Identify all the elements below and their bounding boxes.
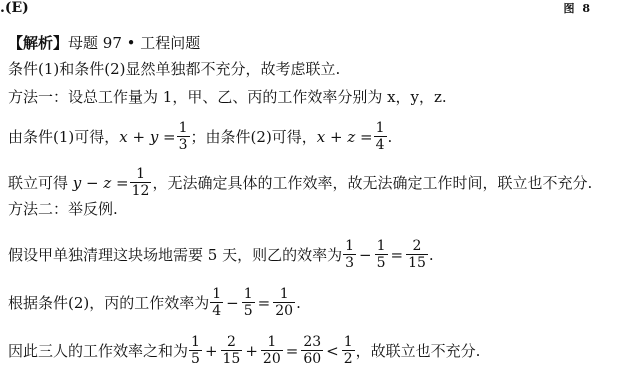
fraction: 120 xyxy=(261,334,283,367)
fraction: 15 xyxy=(189,334,202,367)
text: . xyxy=(296,294,301,312)
text: 由条件(1)可得， xyxy=(8,128,119,146)
denominator: 3 xyxy=(343,254,356,271)
figure-label: 图 8 xyxy=(564,0,592,16)
line-conditions: 条件(1)和条件(2)显然单独都不充分，故考虑联立. xyxy=(8,60,340,78)
numerator: 1 xyxy=(189,334,202,350)
text: 根据条件(2)，丙的工作效率为 xyxy=(8,294,209,312)
text: ，故联立也不充分. xyxy=(356,342,481,360)
denominator: 60 xyxy=(301,350,323,367)
text: ；由条件(2)可得， xyxy=(191,128,317,146)
fraction: 215 xyxy=(406,238,428,271)
analysis-heading: 【解析】 母题 97 • 工程问题 xyxy=(8,34,200,52)
denominator: 3 xyxy=(177,136,190,153)
denominator: 20 xyxy=(261,350,283,367)
numerator: 2 xyxy=(411,238,424,254)
operator: + xyxy=(205,342,218,360)
equation: x + y = xyxy=(119,128,175,146)
numerator: 1 xyxy=(375,238,388,254)
operator: + xyxy=(245,342,258,360)
fraction: 14 xyxy=(374,120,387,153)
denominator: 2 xyxy=(342,350,355,367)
text: 假设甲单独清理这块场地需要 5 天，则乙的效率为 xyxy=(8,246,342,264)
denominator: 5 xyxy=(375,254,388,271)
denominator: 5 xyxy=(242,302,255,319)
fraction: 112 xyxy=(130,166,152,199)
denominator: 4 xyxy=(374,136,387,153)
text: ，无法确定具体的工作效率，故无法确定工作时间，联立也不充分. xyxy=(152,174,592,192)
denominator: 15 xyxy=(221,350,243,367)
denominator: 5 xyxy=(189,350,202,367)
text: 因此三人的工作效率之和为 xyxy=(8,342,188,360)
fraction: 120 xyxy=(273,286,295,319)
line-conclusion: 因此三人的工作效率之和为 15 + 215 + 120 = 2360 < 12 … xyxy=(8,334,480,367)
numerator: 1 xyxy=(265,334,278,350)
operator: − xyxy=(226,294,239,312)
line-assumption: 假设甲单独清理这块场地需要 5 天，则乙的效率为 13 − 15 = 215 . xyxy=(8,238,434,271)
line-equations: 由条件(1)可得， x + y = 13 ；由条件(2)可得， x + z = … xyxy=(8,120,392,153)
line-combined: 联立可得 y − z = 112 ，无法确定具体的工作效率，故无法确定工作时间，… xyxy=(8,166,592,199)
numerator: 2 xyxy=(225,334,238,350)
operator: = xyxy=(391,246,404,264)
analysis-bracket-label: 【解析】 xyxy=(8,34,68,52)
fraction: 13 xyxy=(177,120,190,153)
numerator: 23 xyxy=(301,334,323,350)
text: . xyxy=(388,128,393,146)
operator: < xyxy=(326,342,339,360)
numerator: 1 xyxy=(374,120,387,136)
numerator: 1 xyxy=(342,334,355,350)
denominator: 4 xyxy=(210,302,223,319)
numerator: 1 xyxy=(343,238,356,254)
numerator: 1 xyxy=(278,286,291,302)
denominator: 12 xyxy=(130,182,152,199)
equation: x + z = xyxy=(317,128,373,146)
fraction: 15 xyxy=(242,286,255,319)
fraction: 15 xyxy=(375,238,388,271)
text: . xyxy=(429,246,434,264)
fraction: 2360 xyxy=(301,334,323,367)
equation: y − z = xyxy=(73,174,129,192)
operator: = xyxy=(258,294,271,312)
fraction: 13 xyxy=(343,238,356,271)
analysis-topic: 母题 97 • 工程问题 xyxy=(68,34,200,52)
denominator: 15 xyxy=(406,254,428,271)
line-method-one: 方法一：设总工作量为 1，甲、乙、丙的工作效率分别为 x，y，z. xyxy=(8,88,447,106)
answer-label: .(E) xyxy=(0,0,29,16)
denominator: 20 xyxy=(273,302,295,319)
fraction: 12 xyxy=(342,334,355,367)
numerator: 1 xyxy=(177,120,190,136)
line-method-two: 方法二：举反例. xyxy=(8,200,118,218)
fraction: 14 xyxy=(210,286,223,319)
numerator: 1 xyxy=(242,286,255,302)
line-condition-two: 根据条件(2)，丙的工作效率为 14 − 15 = 120 . xyxy=(8,286,301,319)
numerator: 1 xyxy=(210,286,223,302)
numerator: 1 xyxy=(134,166,147,182)
operator: = xyxy=(286,342,299,360)
fraction: 215 xyxy=(221,334,243,367)
operator: − xyxy=(359,246,372,264)
text: 联立可得 xyxy=(8,174,68,192)
